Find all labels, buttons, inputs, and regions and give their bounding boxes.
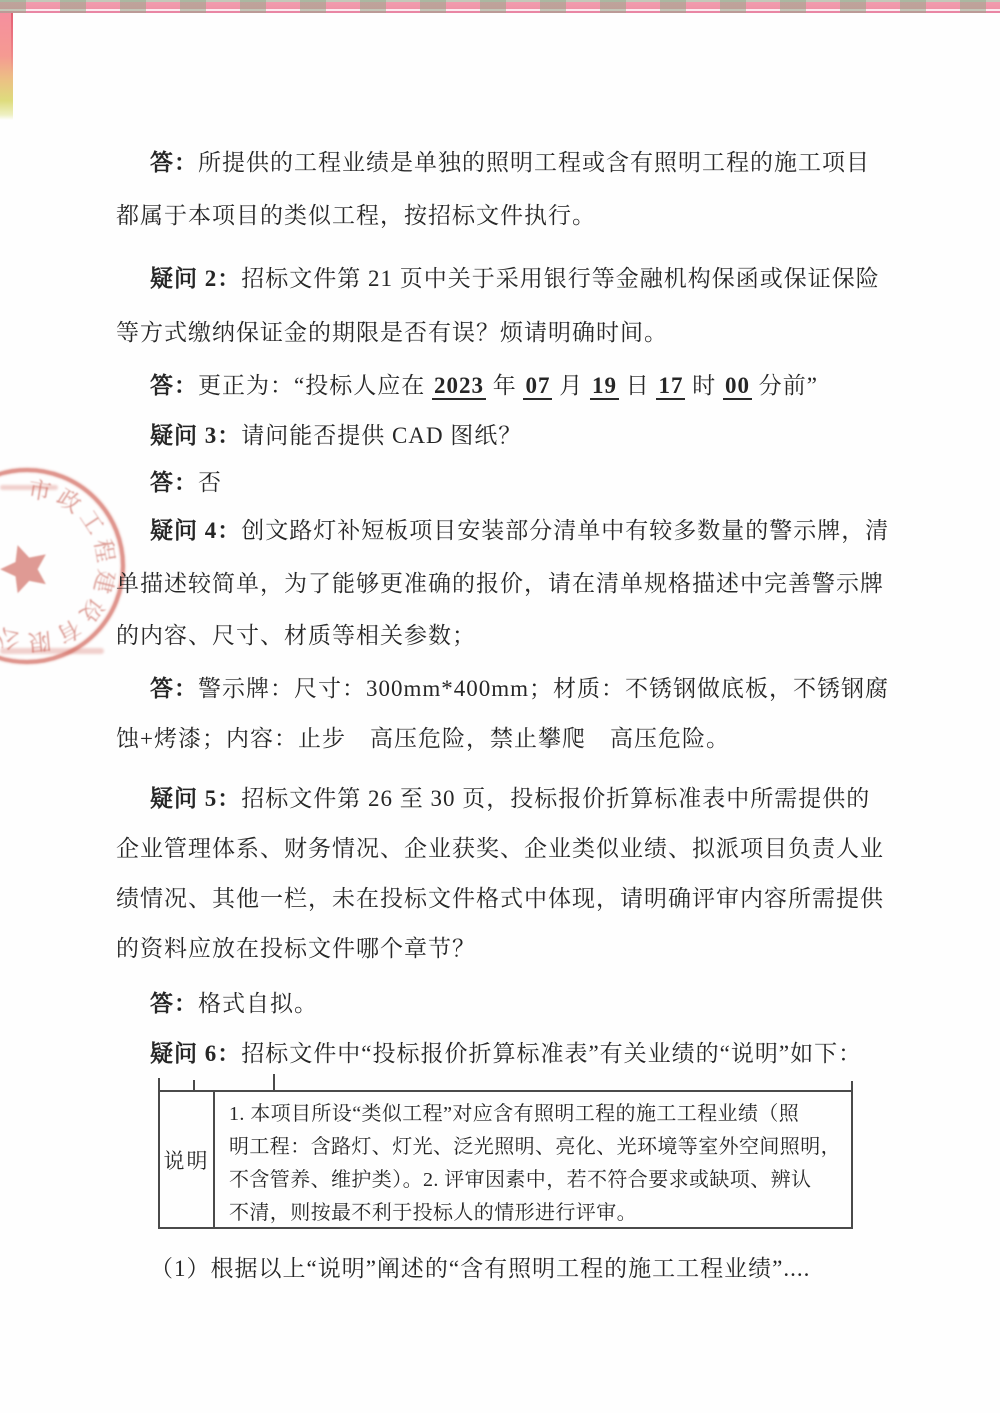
line-text: 更正为：“投标人应在: [198, 373, 432, 398]
remark-line: 明工程：含路灯、灯光、泛光照明、亮化、光环境等室外空间照明，: [229, 1131, 841, 1164]
line-text: 否: [198, 470, 222, 495]
text-line: 答：所提供的工程业绩是单独的照明工程或含有照明工程的施工项目: [116, 148, 940, 178]
table-cropped-row-border: [193, 1080, 195, 1090]
line-label: 疑问 6：: [150, 1041, 241, 1066]
line-text: 单描述较简单，为了能够更准确的报价，请在清单规格描述中完善警示牌: [116, 571, 884, 596]
underlined-value: 19: [590, 373, 619, 400]
line-label: 疑问 2：: [150, 266, 241, 291]
line-text: 等方式缴纳保证金的期限是否有误？烦请明确时间。: [116, 320, 668, 345]
text-line: 单描述较简单，为了能够更准确的报价，请在清单规格描述中完善警示牌: [116, 569, 906, 599]
remark-line: 不含管养、维护类）。2. 评审因素中，若不符合要求或缺项、辨认: [229, 1164, 841, 1197]
underlined-value: 2023: [432, 373, 486, 400]
line-text: 招标文件第 21 页中关于采用银行等金融机构保函或保证保险: [241, 266, 880, 291]
line-text: 年: [486, 373, 524, 398]
line-label: 疑问 5：: [150, 786, 241, 811]
line-label: 疑问 3：: [150, 423, 241, 448]
line-text: 绩情况、其他一栏，未在投标文件格式中体现，请明确评审内容所需提供: [116, 886, 884, 911]
text-line: 答：格式自拟。: [116, 989, 940, 1019]
line-label: 答：: [150, 991, 198, 1016]
line-text: 月: [552, 373, 590, 398]
line-text: 的内容、尺寸、材质等相关参数；: [116, 623, 476, 648]
line-label: 答：: [150, 676, 198, 701]
text-line: 蚀+烤漆；内容：止步 高压危险，禁止攀爬 高压危险。: [116, 724, 906, 754]
line-text: 请问能否提供 CAD 图纸？: [241, 423, 522, 448]
line-text: 的资料应放在投标文件哪个章节？: [116, 936, 476, 961]
underlined-value: 00: [723, 373, 752, 400]
text-line: 答：更正为：“投标人应在 2023 年 07 月 19 日 17 时 00 分前…: [116, 371, 940, 401]
line-text: （1）根据以上“说明”阐述的“含有照明工程的施工工程业绩”....: [150, 1256, 810, 1281]
remark-line: 不清，则按最不利于投标人的情形进行评审。: [229, 1197, 841, 1230]
text-line: 疑问 2：招标文件第 21 页中关于采用银行等金融机构保函或保证保险: [116, 264, 940, 294]
remark-table: 说明 1. 本项目所设“类似工程”对应含有照明工程的施工工程业绩（照明工程：含路…: [158, 1090, 853, 1229]
underlined-value: 07: [523, 373, 552, 400]
text-line: 疑问 3：请问能否提供 CAD 图纸？: [116, 421, 940, 451]
remark-table-label-cell: 说明: [160, 1092, 215, 1227]
text-line: 绩情况、其他一栏，未在投标文件格式中体现，请明确评审内容所需提供: [116, 884, 906, 914]
text-line: 的资料应放在投标文件哪个章节？: [116, 934, 906, 964]
line-label: 答：: [150, 373, 198, 398]
text-line: （1）根据以上“说明”阐述的“含有照明工程的施工工程业绩”....: [116, 1254, 940, 1284]
line-text: 招标文件中“投标报价折算标准表”有关业绩的“说明”如下：: [241, 1041, 862, 1066]
table-cropped-row-border: [158, 1078, 160, 1090]
line-text: 格式自拟。: [198, 991, 318, 1016]
line-text: 日: [619, 373, 657, 398]
line-text: 警示牌：尺寸：300mm*400mm；材质：不锈钢做底板，不锈钢腐: [198, 676, 889, 701]
line-text: 所提供的工程业绩是单独的照明工程或含有照明工程的施工项目: [198, 150, 870, 175]
table-cropped-row-border: [273, 1074, 275, 1090]
underlined-value: 17: [656, 373, 685, 400]
text-line: 答：警示牌：尺寸：300mm*400mm；材质：不锈钢做底板，不锈钢腐: [116, 674, 940, 704]
text-line: 等方式缴纳保证金的期限是否有误？烦请明确时间。: [116, 318, 906, 348]
text-line: 答：否: [116, 468, 940, 498]
remark-line: 1. 本项目所设“类似工程”对应含有照明工程的施工工程业绩（照: [229, 1098, 841, 1131]
line-text: 分前”: [752, 373, 818, 398]
line-text: 都属于本项目的类似工程，按招标文件执行。: [116, 203, 596, 228]
line-label: 答：: [150, 150, 198, 175]
text-line: 的内容、尺寸、材质等相关参数；: [116, 621, 906, 651]
table-cropped-row-border: [851, 1081, 853, 1090]
line-text: 企业管理体系、财务情况、企业获奖、企业类似业绩、拟派项目负责人业: [116, 836, 884, 861]
text-line: 企业管理体系、财务情况、企业获奖、企业类似业绩、拟派项目负责人业: [116, 834, 906, 864]
line-text: 创文路灯补短板项目安装部分清单中有较多数量的警示牌，清: [241, 518, 889, 543]
text-line: 疑问 6：招标文件中“投标报价折算标准表”有关业绩的“说明”如下：: [116, 1039, 940, 1069]
line-text: 时: [685, 373, 723, 398]
line-label: 答：: [150, 470, 198, 495]
text-line: 疑问 5：招标文件第 26 至 30 页，投标报价折算标准表中所需提供的: [116, 784, 940, 814]
line-label: 疑问 4：: [150, 518, 241, 543]
text-line: 疑问 4：创文路灯补短板项目安装部分清单中有较多数量的警示牌，清: [116, 516, 940, 546]
line-text: 蚀+烤漆；内容：止步 高压危险，禁止攀爬 高压危险。: [116, 726, 730, 751]
text-line: 都属于本项目的类似工程，按招标文件执行。: [116, 201, 906, 231]
line-text: 招标文件第 26 至 30 页，投标报价折算标准表中所需提供的: [241, 786, 870, 811]
remark-table-note-cell: 1. 本项目所设“类似工程”对应含有照明工程的施工工程业绩（照明工程：含路灯、灯…: [215, 1092, 851, 1227]
